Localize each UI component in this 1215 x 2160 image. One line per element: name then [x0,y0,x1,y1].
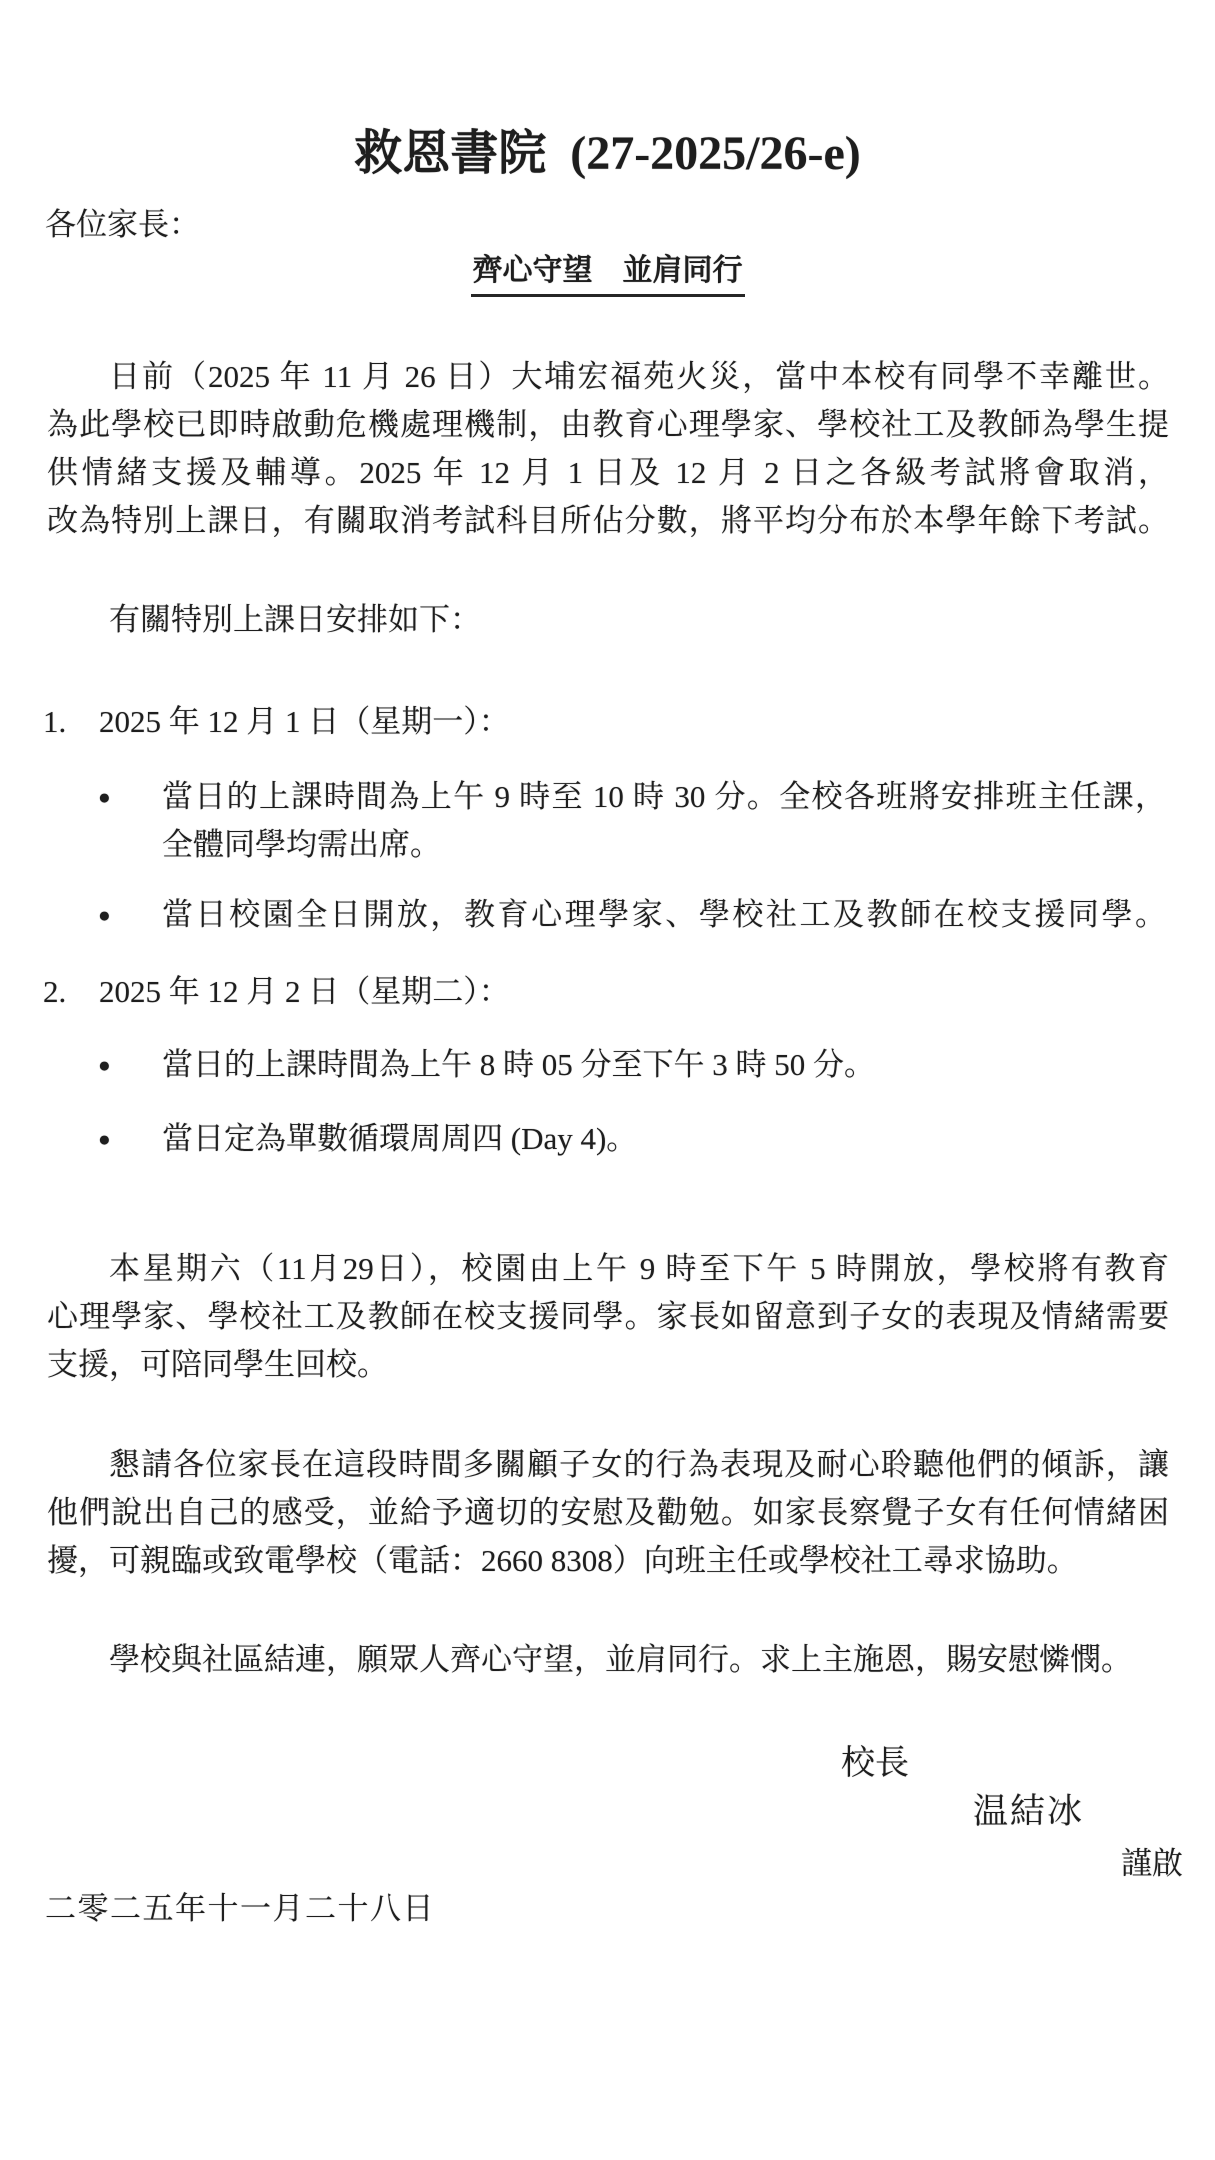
bullet-line: 當日的上課時間為上午 9 時至 10 時 30 分。全校各班將安排班主任課， [162,773,1166,821]
paragraph-line: 學校與社區結連，願眾人齊心守望，並肩同行。求上主施恩，賜安慰憐憫。 [47,1636,1169,1684]
paragraph-line: 他們說出自己的感受，並給予適切的安慰及勸勉。如家長察覺子女有任何情緒困 [47,1489,1169,1537]
paragraph-incident: 日前（2025 年 11 月 26 日）大埔宏福苑火災，當中本校有同學不幸離世。… [47,353,1169,545]
paragraph-line: 改為特別上課日，有關取消考試科目所佔分數，將平均分布於本學年餘下考試。 [47,497,1169,545]
bullet-line: 當日校園全日開放，教育心理學家、學校社工及教師在校支援同學。 [162,891,1166,939]
paragraph-line: 擾，可親臨或致電學校（電話：2660 8308）向班主任或學校社工尋求協助。 [47,1537,1169,1585]
bullet-line: 當日的上課時間為上午 8 時 05 分至下午 3 時 50 分。 [162,1041,1166,1089]
paragraph-line: 供情緒支援及輔導。2025 年 12 月 1 日及 12 月 2 日之各級考試將… [47,449,1169,497]
closing-suffix: 謹啟 [1121,1843,1183,1885]
principal-name: 温結冰 [973,1789,1084,1835]
letter-title: 救恩書院 (27-2025/26-e) [0,126,1215,182]
bullet-text: 當日的上課時間為上午 9 時至 10 時 30 分。全校各班將安排班主任課， 全… [162,773,1166,869]
paragraph-line: 懇請各位家長在這段時間多關顧子女的行為表現及耐心聆聽他們的傾訴，讓 [47,1441,1169,1489]
paragraph-line: 有關特別上課日安排如下： [47,596,1169,644]
paragraph-blessing: 學校與社區結連，願眾人齊心守望，並肩同行。求上主施恩，賜安慰憐憫。 [47,1636,1169,1684]
letter-document: 救恩書院 (27-2025/26-e) 各位家長： 齊心守望 並肩同行 日前（2… [0,0,1215,2160]
bullet-text: 當日定為單數循環周周四 (Day 4)。 [162,1115,1166,1163]
letter-date: 二零二五年十一月二十八日 [45,1887,435,1931]
paragraph-saturday: 本星期六（11月29日），校園由上午 9 時至下午 5 時開放，學校將有教育 心… [47,1245,1169,1389]
schedule-item-1: 1. 2025 年 12 月 1 日（星期一）： [43,698,1169,746]
bullet-icon: ● [98,891,162,939]
item-date-heading: 2025 年 12 月 1 日（星期一）： [99,698,1169,746]
item-number: 2. [43,968,99,1016]
bullet-item: ● 當日定為單數循環周周四 (Day 4)。 [98,1115,1166,1163]
schedule-item-2: 2. 2025 年 12 月 2 日（星期二）： [43,968,1169,1016]
item-number: 1. [43,698,99,746]
bullet-icon: ● [98,1041,162,1089]
bullet-icon: ● [98,1115,162,1163]
bullet-icon: ● [98,773,162,869]
bullet-item: ● 當日校園全日開放，教育心理學家、學校社工及教師在校支援同學。 [98,891,1166,939]
bullet-line: 當日定為單數循環周周四 (Day 4)。 [162,1115,1166,1163]
paragraph-line: 支援，可陪同學生回校。 [47,1341,1169,1389]
salutation: 各位家長： [45,201,200,249]
bullet-text: 當日的上課時間為上午 8 時 05 分至下午 3 時 50 分。 [162,1041,1166,1089]
bullet-line: 全體同學均需出席。 [162,821,1166,869]
paragraph-line: 為此學校已即時啟動危機處理機制，由教育心理學家、學校社工及教師為學生提 [47,401,1169,449]
paragraph-appeal: 懇請各位家長在這段時間多關顧子女的行為表現及耐心聆聽他們的傾訴，讓 他們說出自己… [47,1441,1169,1585]
paragraph-line: 心理學家、學校社工及教師在校支援同學。家長如留意到子女的表現及情緒需要 [47,1293,1169,1341]
slogan-heading: 齊心守望 並肩同行 [471,251,745,297]
bullet-text: 當日校園全日開放，教育心理學家、學校社工及教師在校支援同學。 [162,891,1166,939]
bullet-item: ● 當日的上課時間為上午 8 時 05 分至下午 3 時 50 分。 [98,1041,1166,1089]
bullet-item: ● 當日的上課時間為上午 9 時至 10 時 30 分。全校各班將安排班主任課，… [98,773,1166,869]
paragraph-line: 日前（2025 年 11 月 26 日）大埔宏福苑火災，當中本校有同學不幸離世。 [47,353,1169,401]
arrangement-intro: 有關特別上課日安排如下： [47,596,1169,644]
slogan-heading-row: 齊心守望 並肩同行 [0,251,1215,297]
closing-role: 校長 [841,1742,909,1786]
item-date-heading: 2025 年 12 月 2 日（星期二）： [99,968,1169,1016]
paragraph-line: 本星期六（11月29日），校園由上午 9 時至下午 5 時開放，學校將有教育 [47,1245,1169,1293]
